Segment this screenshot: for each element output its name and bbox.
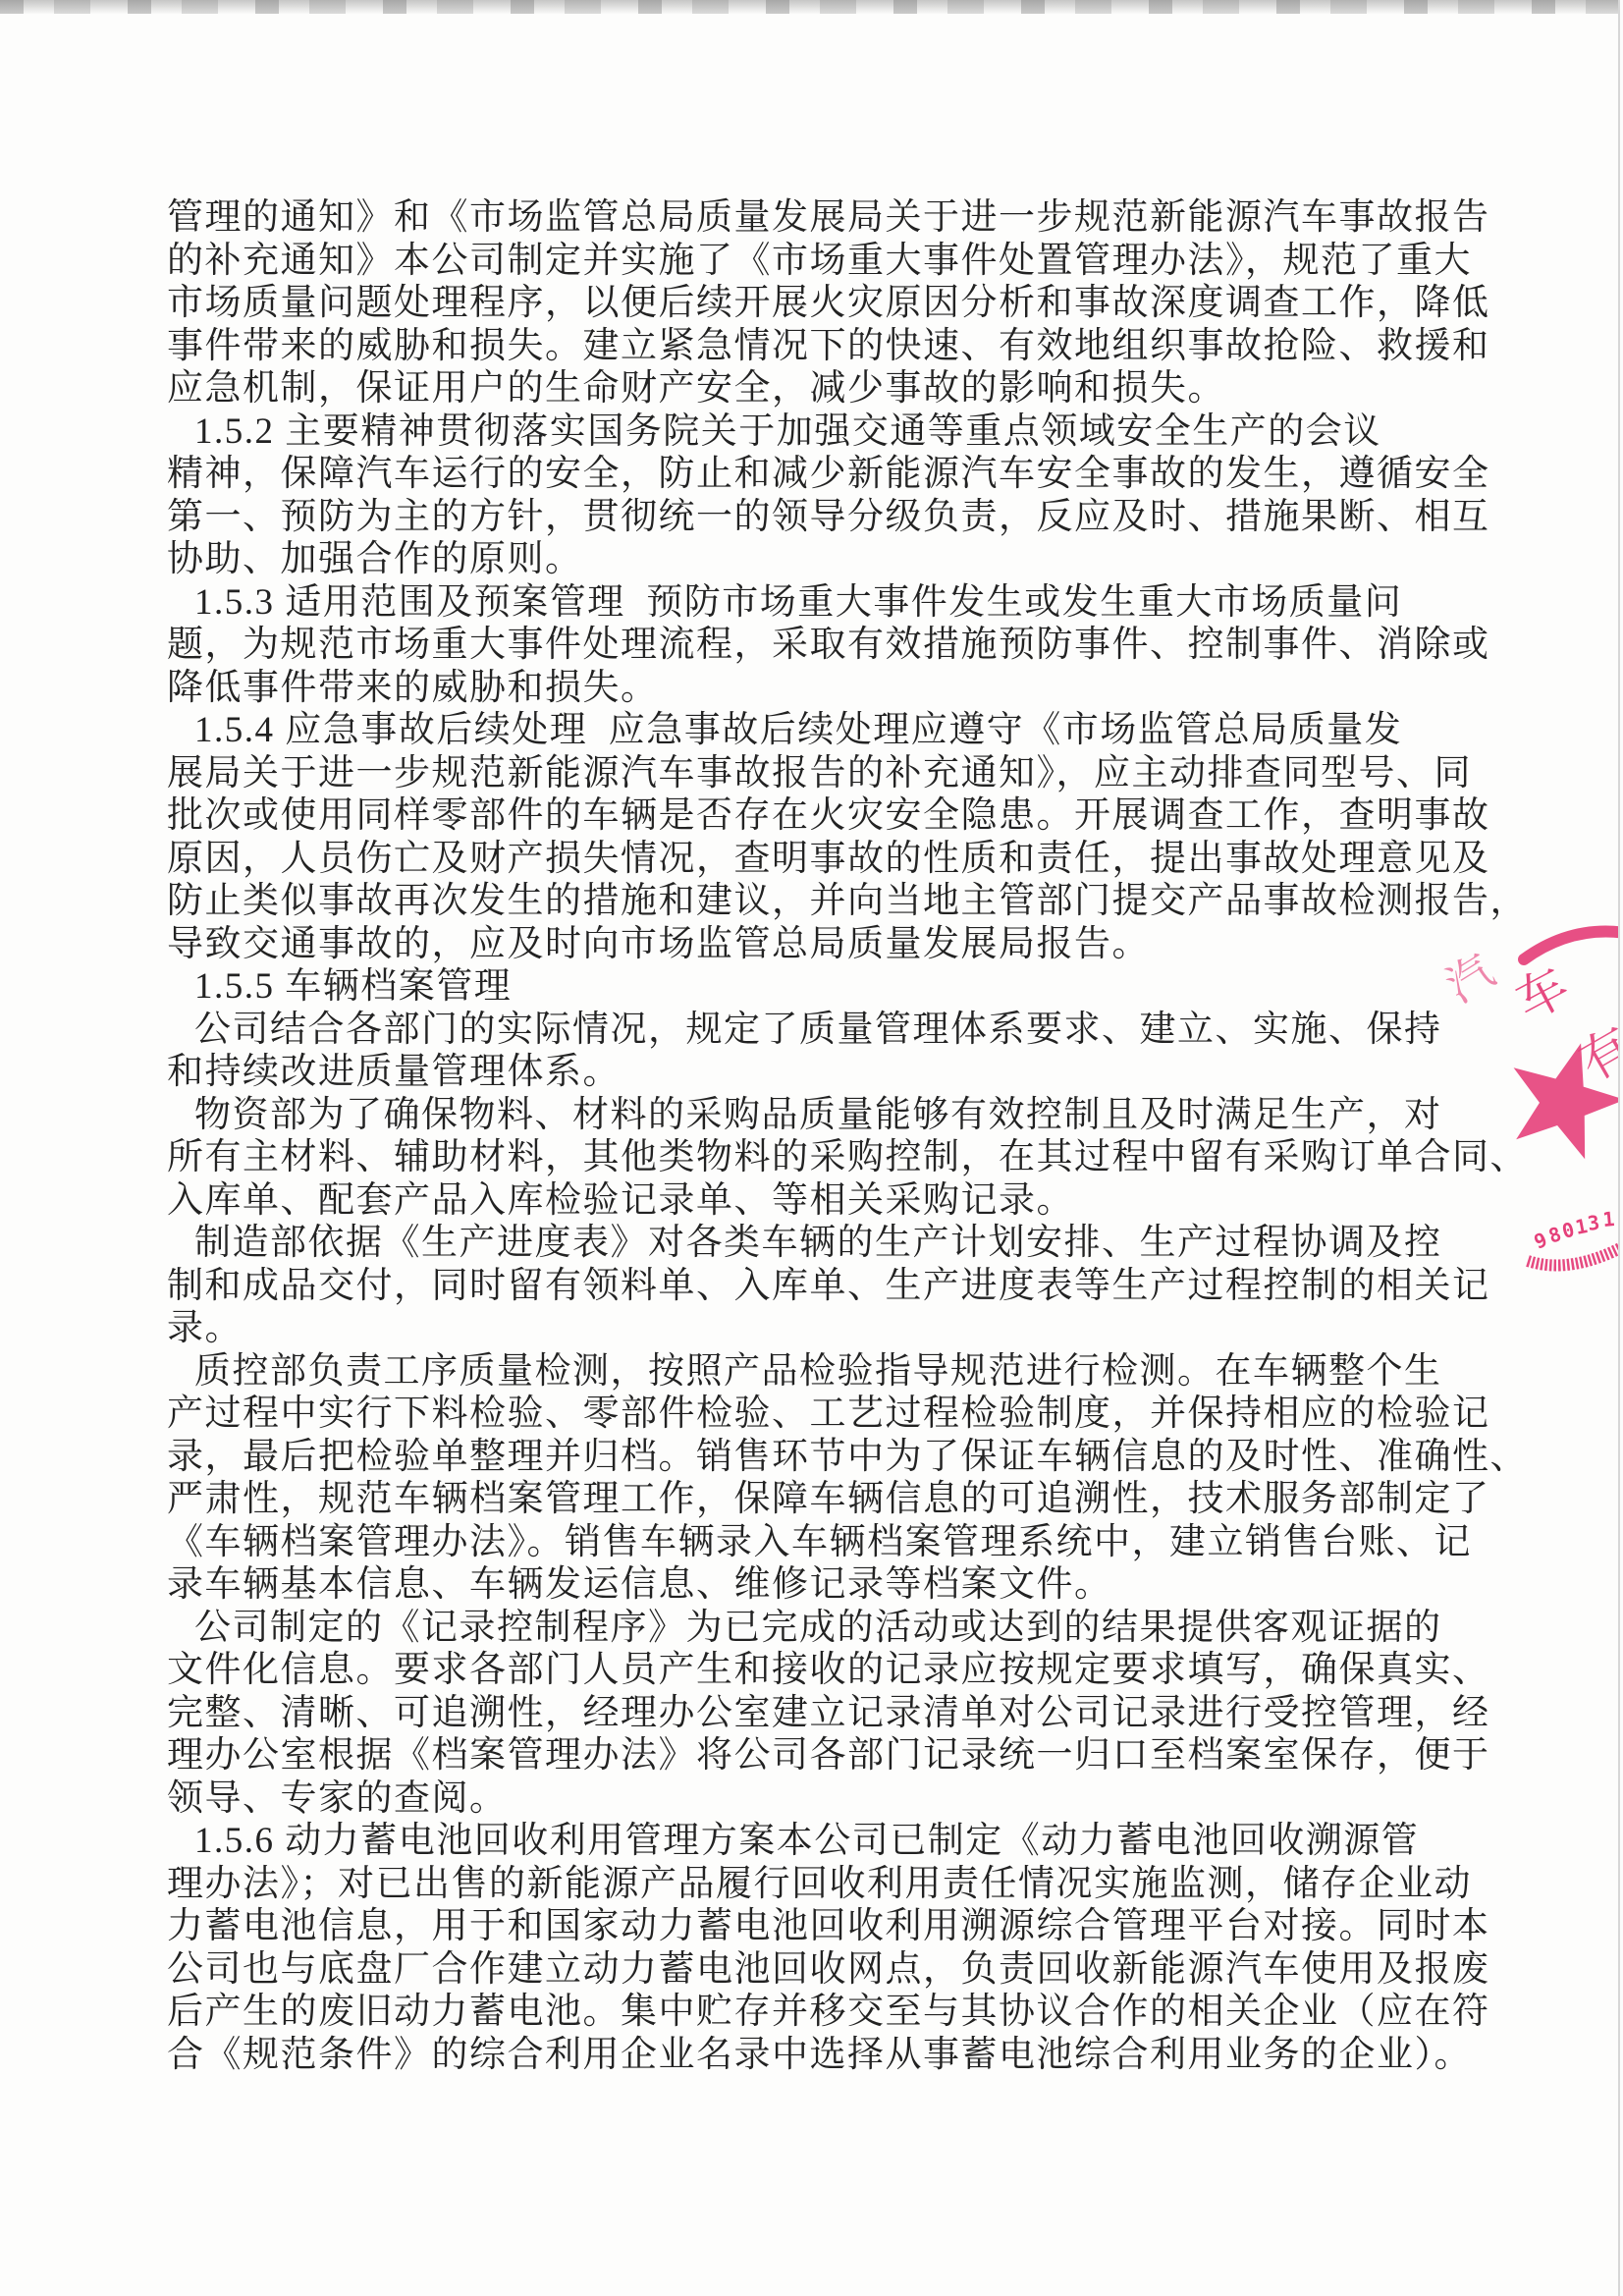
text-line: 《车辆档案管理办法》。销售车辆录入车辆档案管理系统中，建立销售台账、记 [167,1521,1542,1564]
text-line: 质控部负责工序质量检测，按照产品检验指导规范进行检测。在车辆整个生 [167,1350,1542,1394]
text-line: 批次或使用同样零部件的车辆是否存在火灾安全隐患。开展调查工作，查明事故 [167,794,1542,838]
text-line: 所有主材料、辅助材料，其他类物料的采购控制，在其过程中留有采购订单合同、 [167,1136,1542,1179]
text-line: 产过程中实行下料检验、零部件检验、工艺过程检验制度，并保持相应的检验记 [167,1393,1542,1436]
text-line: 制造部依据《生产进度表》对各类车辆的生产计划安排、生产过程协调及控 [167,1222,1542,1265]
text-line: 理办法》；对已出售的新能源产品履行回收利用责任情况实施监测，储存企业动 [167,1863,1542,1906]
seal-character: 车 [1507,958,1579,1032]
seal-serial-digit: 3 [1586,1211,1600,1235]
text-line: 原因，人员伤亡及财产损失情况，查明事故的性质和责任，提出事故处理意见及 [167,838,1542,881]
text-line: 录，最后把检验单整理并归档。销售环节中为了保证车辆信息的及时性、准确性、 [167,1436,1542,1479]
scanned-document-page: 管理的通知》和《市场监管总局质量发展局关于进一步规范新能源汽车事故报告的补充通知… [0,0,1623,2296]
text-line: 合《规范条件》的综合利用企业名录中选择从事蓄电池综合利用业务的企业）。 [167,2034,1542,2077]
text-line: 1.5.4 应急事故后续处理 应急事故后续处理应遵守《市场监管总局质量发 [167,709,1542,752]
text-line: 严肃性，规范车辆档案管理工作，保障车辆信息的可追溯性，技术服务部制定了 [167,1478,1542,1521]
text-line: 公司结合各部门的实际情况，规定了质量管理体系要求、建立、实施、保持 [167,1009,1542,1052]
text-line: 完整、清晰、可追溯性，经理办公室建立记录清单对公司记录进行受控管理，经 [167,1692,1542,1735]
text-line: 事件带来的威胁和损失。建立紧急情况下的快速、有效地组织事故抢险、救援和 [167,325,1542,368]
text-line: 文件化信息。要求各部门人员产生和接收的记录应按规定要求填写，确保真实、 [167,1649,1542,1692]
text-line: 入库单、配套产品入库检验记录单、等相关采购记录。 [167,1179,1542,1223]
text-line: 领导、专家的查阅。 [167,1777,1542,1821]
text-line: 物资部为了确保物料、材料的采购品质量能够有效控制且及时满足生产，对 [167,1094,1542,1137]
text-line: 公司制定的《记录控制程序》为已完成的活动或达到的结果提供客观证据的 [167,1607,1542,1650]
text-line: 展局关于进一步规范新能源汽车事故报告的补充通知》，应主动排查同型号、同 [167,752,1542,795]
text-line: 1.5.5 车辆档案管理 [167,965,1542,1009]
text-line: 题，为规范市场重大事件处理流程，采取有效措施预防事件、控制事件、消除或 [167,624,1542,667]
document-lines: 管理的通知》和《市场监管总局质量发展局关于进一步规范新能源汽车事故报告的补充通知… [167,196,1542,2076]
text-line: 1.5.3 适用范围及预案管理 预防市场重大事件发生或发生重大市场质量问 [167,581,1542,625]
text-line: 后产生的废旧动力蓄电池。集中贮存并移交至与其协议合作的相关企业（应在符 [167,1991,1542,2034]
seal-rim-top-arc [1524,932,1623,959]
text-line: 公司也与底盘厂合作建立动力蓄电池回收网点，负责回收新能源汽车使用及报废 [167,1948,1542,1992]
scanner-noise-top-edge [0,0,1623,14]
text-line: 力蓄电池信息，用于和国家动力蓄电池回收利用溯源综合管理平台对接。同时本 [167,1905,1542,1948]
text-line: 制和成品交付，同时留有领料单、入库单、生产进度表等生产过程控制的相关记 [167,1265,1542,1308]
text-line: 录。 [167,1307,1542,1350]
text-line: 的补充通知》本公司制定并实施了《市场重大事件处置管理办法》，规范了重大 [167,240,1542,283]
company-seal: 汽 车 有 9 8 0 1 3 1 [1414,903,1623,1296]
text-line: 理办公室根据《档案管理办法》将公司各部门记录统一归口至档案室保存，便于 [167,1734,1542,1777]
seal-serial-digit: 1 [1601,1207,1615,1231]
text-line: 精神，保障汽车运行的安全，防止和减少新能源汽车安全事故的发生，遵循安全 [167,453,1542,496]
text-line: 和持续改进质量管理体系。 [167,1051,1542,1094]
text-line: 降低事件带来的威胁和损失。 [167,667,1542,710]
text-line: 管理的通知》和《市场监管总局质量发展局关于进一步规范新能源汽车事故报告 [167,196,1542,240]
text-line: 协助、加强合作的原则。 [167,538,1542,581]
text-line: 市场质量问题处理程序，以便后续开展火灾原因分析和事故深度调查工作，降低 [167,282,1542,325]
text-line: 录车辆基本信息、车辆发运信息、维修记录等档案文件。 [167,1563,1542,1607]
text-line: 应急机制，保证用户的生命财产安全，减少事故的影响和损失。 [167,367,1542,410]
text-line: 1.5.2 主要精神贯彻落实国务院关于加强交通等重点领域安全生产的会议 [167,410,1542,454]
text-line: 导致交通事故的，应及时向市场监管总局质量发展局报告。 [167,923,1542,966]
text-line: 第一、预防为主的方针，贯彻统一的领导分级负责，反应及时、措施果断、相互 [167,496,1542,539]
seal-character: 汽 [1437,946,1502,1012]
text-line: 1.5.6 动力蓄电池回收利用管理方案本公司已制定《动力蓄电池回收溯源管 [167,1820,1542,1863]
text-line: 防止类似事故再次发生的措施和建议，并向当地主管部门提交产品事故检测报告， [167,880,1542,923]
